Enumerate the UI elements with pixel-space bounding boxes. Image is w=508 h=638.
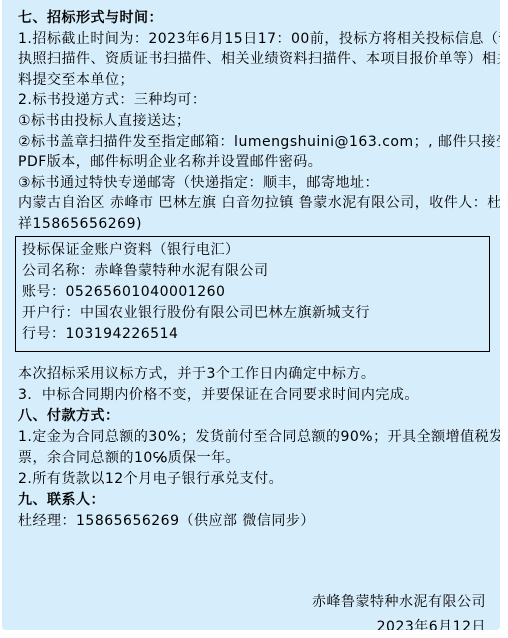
doc-line-recipient-phone: 祥15865656269) <box>18 214 488 235</box>
doc-line: 本次招标采用议标方式，并于3个工作日内确定中标方。 <box>18 364 488 385</box>
doc-line: 票，余合同总额的10℅质保一年。 <box>18 448 488 469</box>
doc-line-mailing-address: 内蒙古自治区 赤峰市 巴林左旗 白音勿拉镇 鲁蒙水泥有限公司，收件人：杜业 <box>18 193 488 214</box>
section-heading-contact: 九、联系人： <box>18 490 488 511</box>
deposit-bank-name: 开户行：中国农业银行股份有限公司巴林左旗新城支行 <box>22 303 483 324</box>
doc-line-delivery-option-3-express: ③标书通过特快专递邮寄（快递指定：顺丰，邮寄地址： <box>18 173 488 194</box>
doc-line: 执照扫描件、资质证书扫描件、相关业绩资料扫描件、本项目报价单等）相关资 <box>18 49 488 70</box>
deposit-account-box: 投标保证金账户资料（银行电汇） 公司名称：赤峰鲁蒙特种水泥有限公司 账号：052… <box>15 236 490 352</box>
doc-line: PDF版本，邮件标明企业名称并设置邮件密码。 <box>18 152 488 173</box>
doc-line-delivery-option-2-email: ②标书盖章扫描件发至指定邮箱：lumengshuini@163.com；, 邮件… <box>18 132 488 153</box>
doc-line: 1.招标截止时间为：2023年6月15日17：00前，投标方将相关投标信息（营业 <box>18 29 488 50</box>
signature-date: 2023年6月12日 <box>18 615 486 630</box>
doc-line: 料提交至本单位； <box>18 70 488 91</box>
deposit-box-title: 投标保证金账户资料（银行电汇） <box>22 240 483 261</box>
doc-line: 3．中标合同期内价格不变，并要保证在合同要求时间内完成。 <box>18 385 488 406</box>
signature-block: 赤峰鲁蒙特种水泥有限公司 2023年6月12日 <box>18 590 488 630</box>
doc-line-delivery-option-1: ①标书由投标人直接送达； <box>18 111 488 132</box>
doc-line: 2.标书投递方式：三种均可： <box>18 90 488 111</box>
deposit-bank-code: 行号：103194226514 <box>22 324 483 345</box>
doc-line: 1.定金为合同总额的30%；发货前付至合同总额的90%；开具全额增值税发 <box>18 427 488 448</box>
section-heading-bid-form-time: 七、招标形式与时间： <box>18 8 488 29</box>
doc-line-contact-phone: 杜经理：15865656269（供应部 微信同步） <box>18 511 488 532</box>
signature-company: 赤峰鲁蒙特种水泥有限公司 <box>18 590 486 615</box>
deposit-company-name: 公司名称：赤峰鲁蒙特种水泥有限公司 <box>22 261 483 282</box>
document-page: 七、招标形式与时间： 1.招标截止时间为：2023年6月15日17：00前，投标… <box>2 0 500 630</box>
deposit-account-number: 账号：05265601040001260 <box>22 282 483 303</box>
section-after-box: 本次招标采用议标方式，并于3个工作日内确定中标方。 3．中标合同期内价格不变，并… <box>18 364 488 532</box>
doc-line: 2.所有货款以12个月电子银行承兑支付。 <box>18 469 488 490</box>
section-heading-payment: 八、付款方式： <box>18 406 488 427</box>
